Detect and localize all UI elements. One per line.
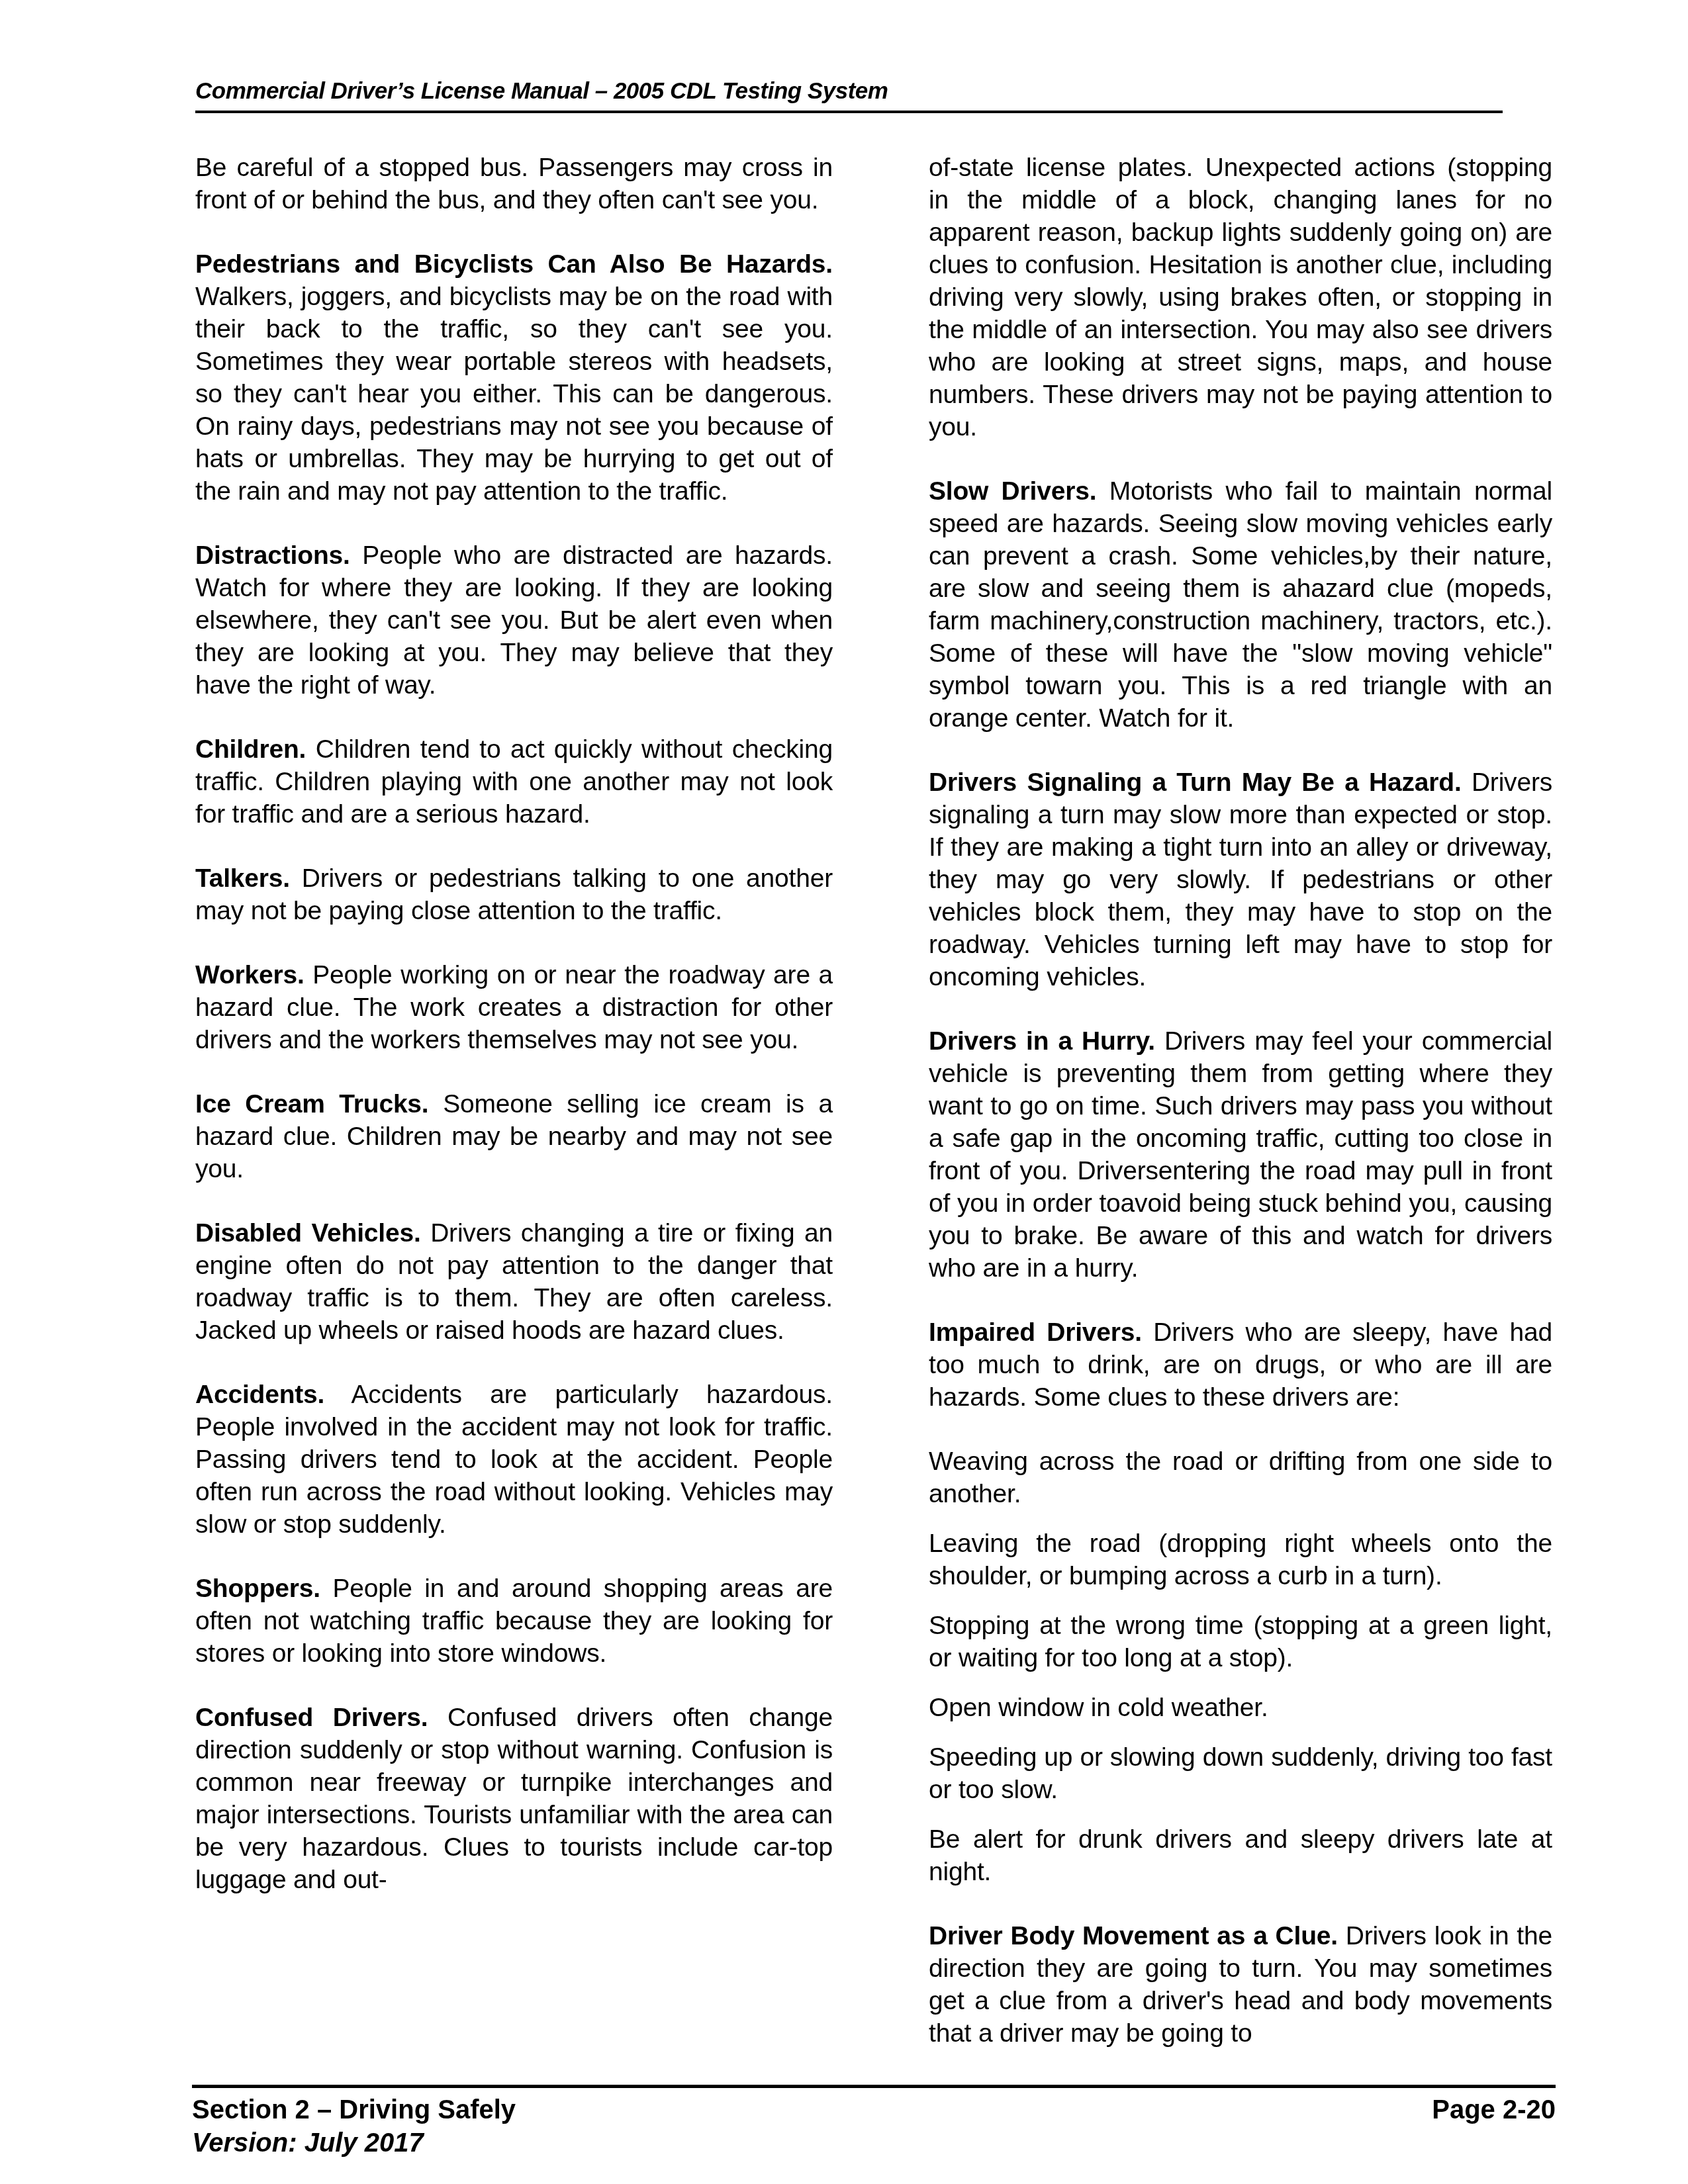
paragraph: Disabled Vehicles. Drivers changing a ti… [195, 1217, 833, 1347]
paragraph: Drivers Signaling a Turn May Be a Hazard… [929, 766, 1552, 993]
paragraph: Accidents. Accidents are particularly ha… [195, 1379, 833, 1541]
paragraph-text: Be careful of a stopped bus. Passengers … [195, 154, 833, 214]
manual-page: Commercial Driver’s License Manual – 200… [0, 0, 1688, 2184]
footer-page-number: Page 2-20 [1432, 2093, 1556, 2126]
paragraph-lead: Slow Drivers. [929, 477, 1096, 506]
paragraph-lead: Workers. [195, 961, 305, 989]
paragraph-text: Be alert for drunk drivers and sleepy dr… [929, 1825, 1552, 1886]
paragraph: Be careful of a stopped bus. Passengers … [195, 152, 833, 216]
paragraph: Weaving across the road or drifting from… [929, 1445, 1552, 1510]
paragraph: Driver Body Movement as a Clue. Drivers … [929, 1920, 1552, 2050]
paragraph-text: Leaving the road (dropping right wheels … [929, 1529, 1552, 1590]
paragraph: Distractions. People who are distracted … [195, 539, 833, 702]
footer-row: Section 2 – Driving Safely Version: July… [192, 2093, 1556, 2160]
paragraph: Pedestrians and Bicyclists Can Also Be H… [195, 248, 833, 508]
footer-section-label: Section 2 – Driving Safely [192, 2093, 516, 2126]
paragraph: Impaired Drivers. Drivers who are sleepy… [929, 1316, 1552, 1414]
paragraph-text: Stopping at the wrong time (stopping at … [929, 1612, 1552, 1672]
paragraph-text: Open window in cold weather. [929, 1694, 1268, 1722]
page-footer: Section 2 – Driving Safely Version: July… [192, 2085, 1556, 2160]
paragraph-lead: Drivers in a Hurry. [929, 1027, 1155, 1056]
paragraph: Children. Children tend to act quickly w… [195, 733, 833, 831]
paragraph-lead: Children. [195, 735, 306, 764]
paragraph: of-state license plates. Unexpected acti… [929, 152, 1552, 443]
paragraph-lead: Disabled Vehicles. [195, 1219, 421, 1248]
right-column: of-state license plates. Unexpected acti… [929, 152, 1552, 2081]
paragraph-text: Drivers signaling a turn may slow more t… [929, 768, 1552, 991]
paragraph-text: Speeding up or slowing down suddenly, dr… [929, 1743, 1552, 1804]
footer-rule [192, 2085, 1556, 2088]
paragraph-text: of-state license plates. Unexpected acti… [929, 154, 1552, 441]
paragraph-text: Drivers may feel your commercial vehicle… [929, 1027, 1552, 1283]
paragraph: Leaving the road (dropping right wheels … [929, 1527, 1552, 1592]
paragraph-lead: Impaired Drivers. [929, 1318, 1142, 1347]
paragraph: Stopping at the wrong time (stopping at … [929, 1610, 1552, 1674]
paragraph-text: Motorists who fail to maintain normal sp… [929, 477, 1552, 733]
paragraph-lead: Shoppers. [195, 1574, 320, 1603]
paragraph-text: Walkers, joggers, and bicyclists may be … [195, 283, 833, 506]
paragraph-lead: Confused Drivers. [195, 1704, 428, 1732]
paragraph: Speeding up or slowing down suddenly, dr… [929, 1741, 1552, 1806]
paragraph-lead: Ice Cream Trucks. [195, 1090, 429, 1118]
paragraph-lead: Driver Body Movement as a Clue. [929, 1922, 1338, 1950]
footer-version-label: Version: July 2017 [192, 2126, 516, 2160]
paragraph-text: Confused drivers often change direction … [195, 1704, 833, 1894]
paragraph: Workers. People working on or near the r… [195, 959, 833, 1056]
paragraph: Shoppers. People in and around shopping … [195, 1572, 833, 1670]
paragraph: Ice Cream Trucks. Someone selling ice cr… [195, 1088, 833, 1185]
paragraph: Be alert for drunk drivers and sleepy dr… [929, 1823, 1552, 1888]
paragraph: Slow Drivers. Motorists who fail to main… [929, 475, 1552, 735]
paragraph-lead: Accidents. [195, 1381, 324, 1409]
footer-left: Section 2 – Driving Safely Version: July… [192, 2093, 516, 2160]
paragraph-lead: Drivers Signaling a Turn May Be a Hazard… [929, 768, 1462, 797]
page-header: Commercial Driver’s License Manual – 200… [195, 78, 1552, 113]
page-title: Commercial Driver’s License Manual – 200… [195, 78, 1552, 105]
header-rule [195, 111, 1503, 113]
paragraph-lead: Talkers. [195, 864, 290, 893]
paragraph: Drivers in a Hurry. Drivers may feel you… [929, 1025, 1552, 1285]
paragraph: Talkers. Drivers or pedestrians talking … [195, 862, 833, 927]
paragraph-text: Drivers or pedestrians talking to one an… [195, 864, 833, 925]
paragraph-text: Weaving across the road or drifting from… [929, 1447, 1552, 1508]
paragraph-lead: Pedestrians and Bicyclists Can Also Be H… [195, 250, 833, 279]
paragraph-lead: Distractions. [195, 541, 350, 570]
two-column-body: Be careful of a stopped bus. Passengers … [195, 152, 1552, 2081]
left-column: Be careful of a stopped bus. Passengers … [195, 152, 833, 2081]
paragraph: Open window in cold weather. [929, 1692, 1552, 1724]
paragraph: Confused Drivers. Confused drivers often… [195, 1702, 833, 1896]
